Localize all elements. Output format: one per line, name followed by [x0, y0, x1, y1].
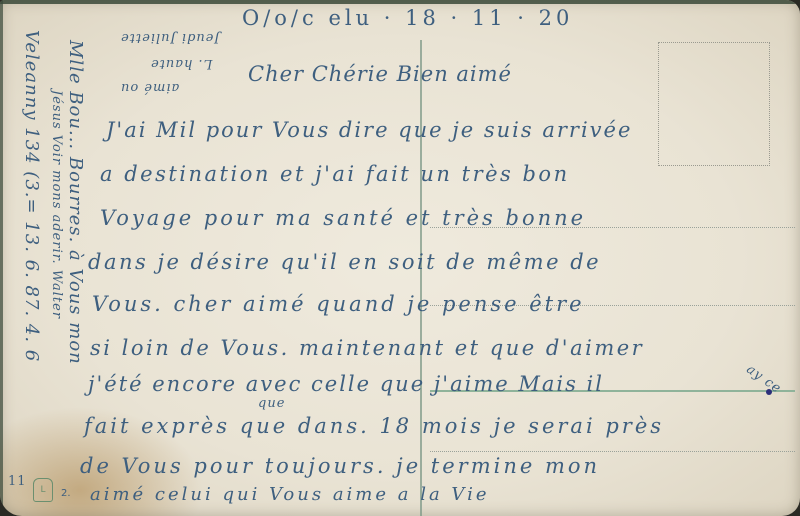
interlinear-note: que	[258, 396, 285, 411]
message-line-1: Cher Chérie Bien aimé	[248, 62, 512, 86]
message-line-9: fait exprès que dans. 18 mois je serai p…	[84, 414, 664, 438]
message-line-2: J'ai Mil pour Vous dire que je suis arri…	[106, 118, 632, 142]
upside-down-note-3: aimé ou	[120, 80, 220, 95]
date-line: O/o/c elu · 18 · 11 · 20	[242, 6, 573, 30]
margin-address-line-1: Mlle Bou... Bourres. à Vous mon	[65, 40, 86, 365]
ink-dot	[766, 389, 772, 395]
postcard-back: O/o/c elu · 18 · 11 · 20 Jeudi Juliette …	[0, 0, 800, 516]
upside-down-note-1: Jeudi Juliette	[120, 30, 230, 45]
message-line-5: dans je désire qu'il en soit de même de	[88, 250, 601, 274]
margin-address-line-2: Jésus Voir mons aderir. Walter	[49, 90, 64, 319]
card-edge-left	[0, 0, 3, 516]
stamp-box	[658, 42, 770, 166]
card-edge-top	[0, 0, 800, 4]
message-line-4: Voyage pour ma santé et très bonne	[100, 206, 586, 230]
address-line-4	[430, 451, 795, 452]
message-line-11: aimé celui qui Vous aime a la Vie	[90, 484, 490, 505]
message-line-8: j'été encore avec celle que j'aime Mais …	[88, 372, 604, 396]
message-line-3: a destination et j'ai fait un très bon	[100, 162, 570, 186]
message-line-6: Vous. cher aimé quand je pense être	[92, 292, 585, 316]
corner-number: 11	[8, 474, 27, 489]
margin-address-line-3: Veleanny 134 (3.= 13. 6. 87. 4. 6	[21, 30, 42, 362]
publisher-number: 2.	[61, 488, 71, 499]
message-line-7: si loin de Vous. maintenant et que d'aim…	[90, 336, 644, 360]
publisher-logo-icon: L	[33, 478, 53, 502]
center-divider-line	[420, 40, 422, 516]
upside-down-note-2: L. haute	[150, 56, 250, 71]
message-line-10: de Vous pour toujours. je termine mon	[80, 454, 600, 478]
